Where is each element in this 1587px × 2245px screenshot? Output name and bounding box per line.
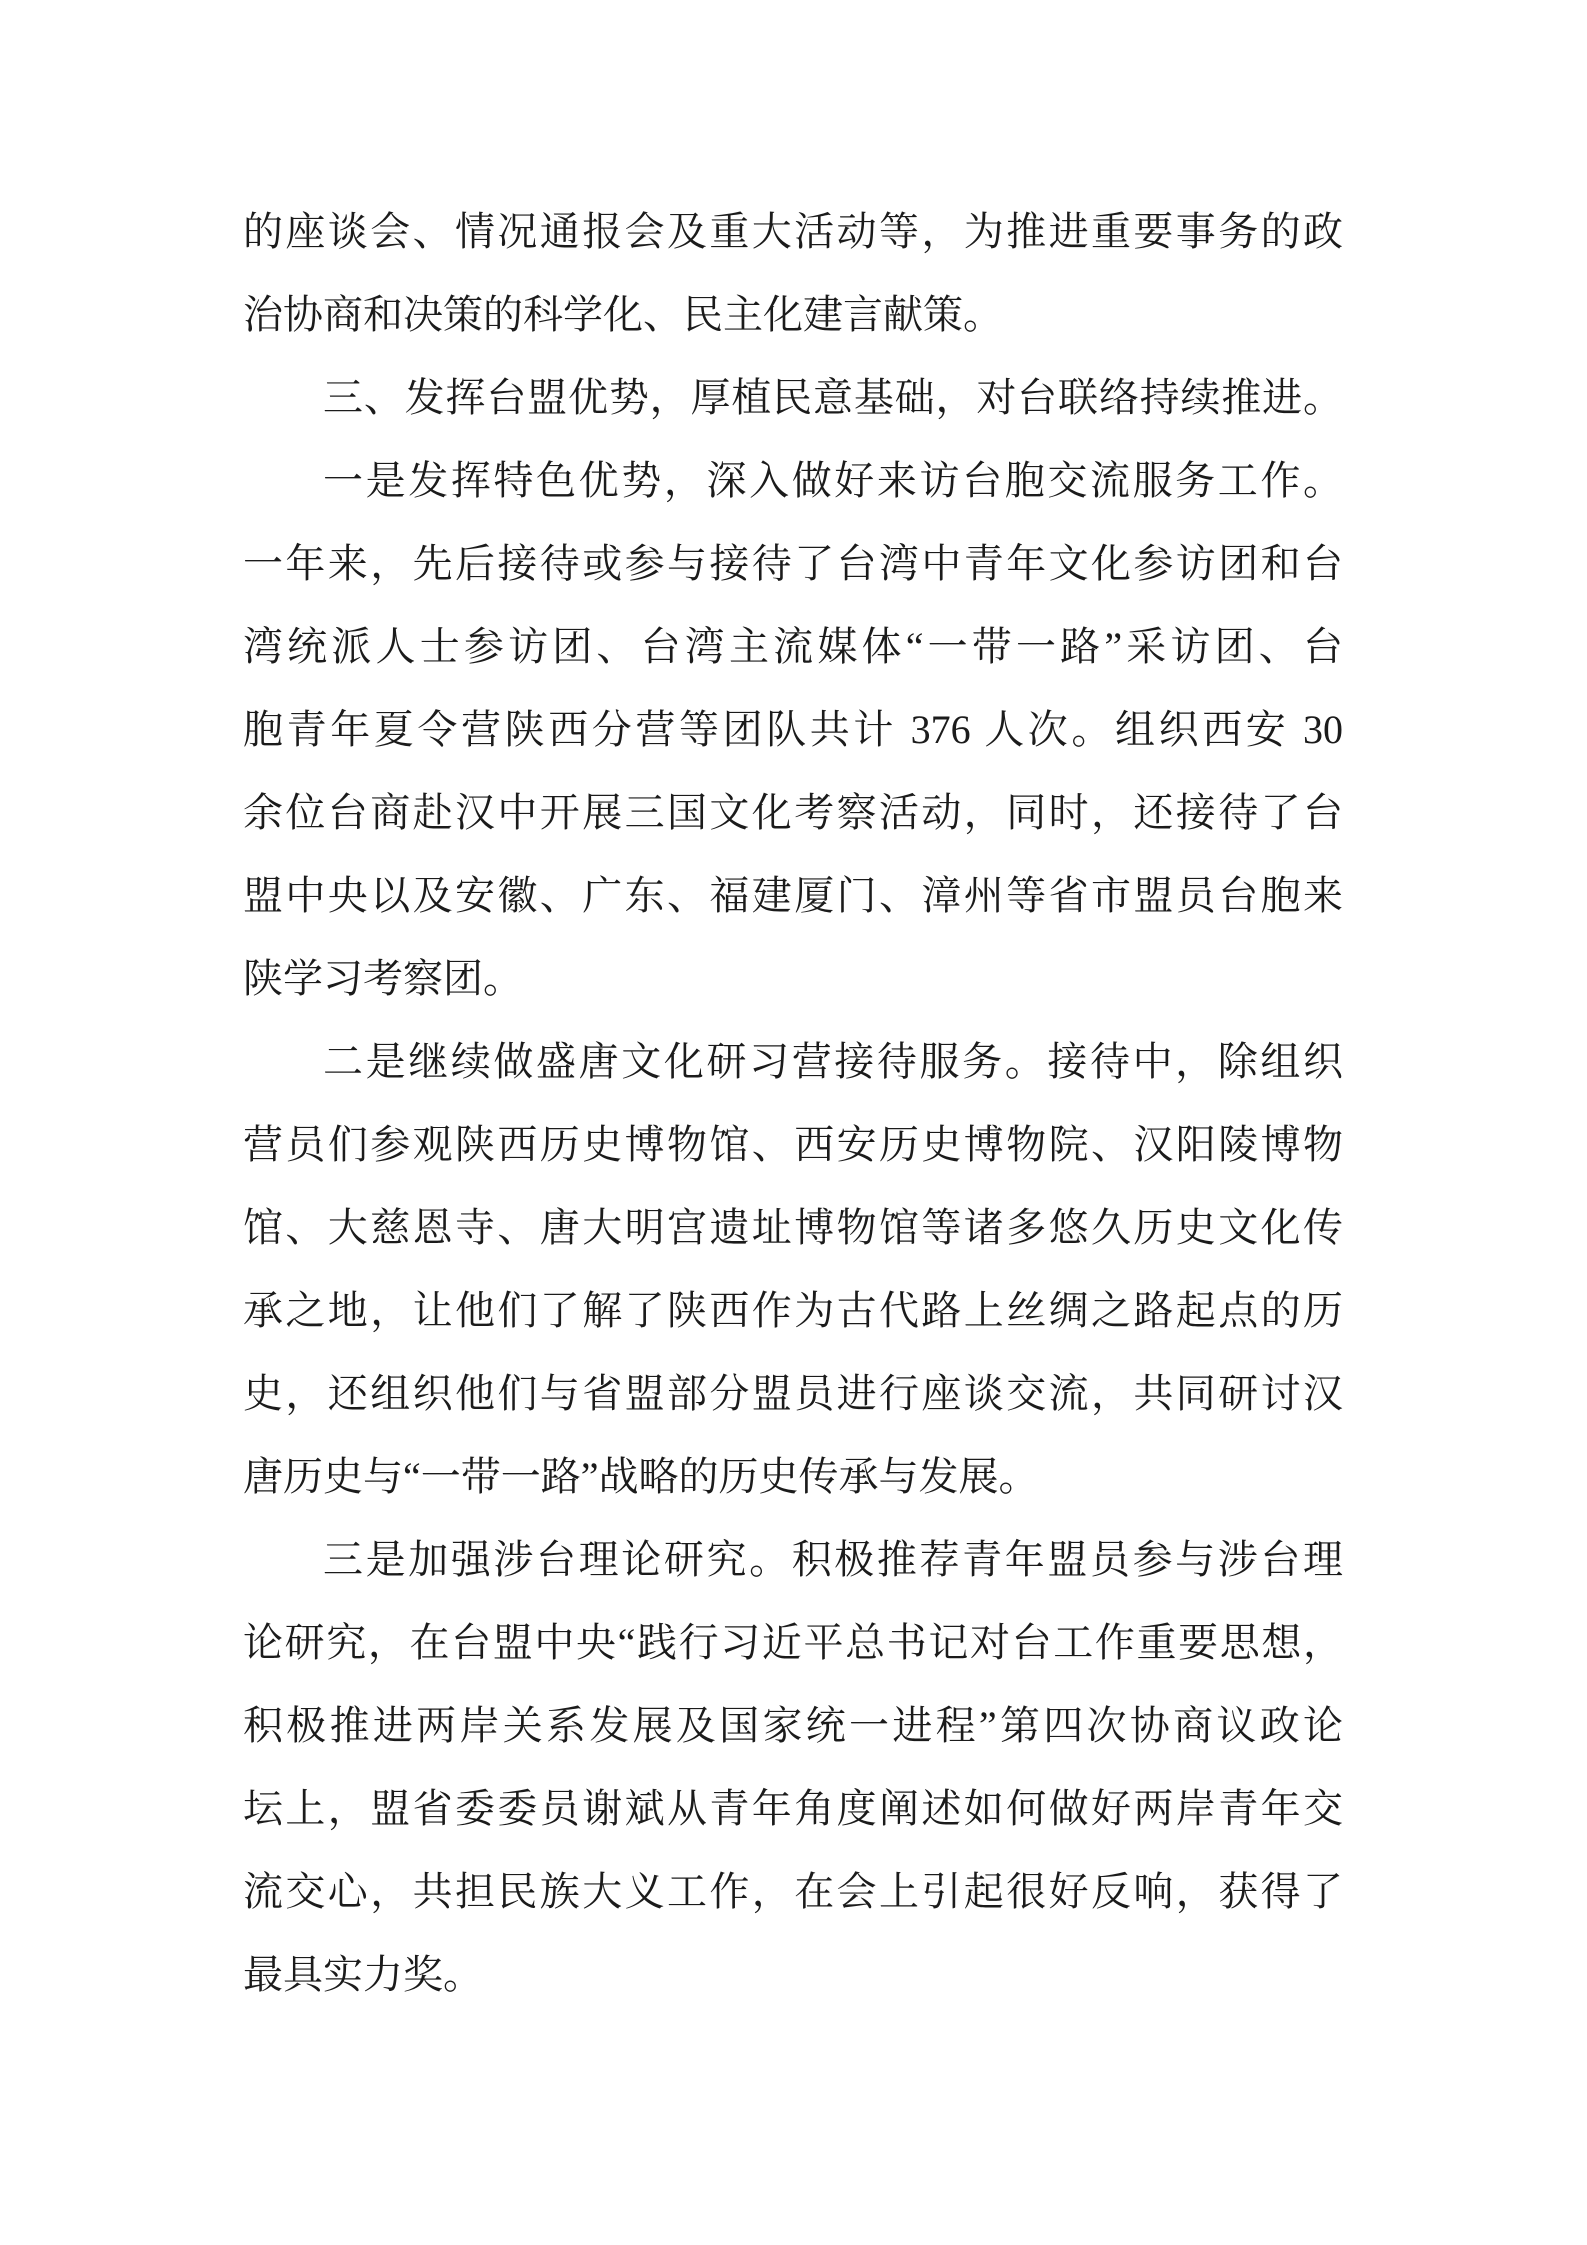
body-text-line: 承之地，让他们了解了陕西作为古代路上丝绸之路起点的历 xyxy=(243,1269,1343,1352)
document-text-block: 的座谈会、情况通报会及重大活动等，为推进重要事务的政 治协商和决策的科学化、民主… xyxy=(243,190,1343,2016)
body-text-line: 最具实力奖。 xyxy=(243,1933,1343,2016)
body-text-line: 积极推进两岸关系发展及国家统一进程”第四次协商议政论 xyxy=(243,1684,1343,1767)
body-text-line: 陕学习考察团。 xyxy=(243,937,1343,1020)
body-text-line: 湾统派人士参访团、台湾主流媒体“一带一路”采访团、台 xyxy=(243,605,1343,688)
body-text-line: 余位台商赴汉中开展三国文化考察活动，同时，还接待了台 xyxy=(243,771,1343,854)
body-text-line: 三是加强涉台理论研究。积极推荐青年盟员参与涉台理 xyxy=(243,1518,1343,1601)
body-text-line: 胞青年夏令营陕西分营等团队共计 376 人次。组织西安 30 xyxy=(243,688,1343,771)
body-text-line: 史，还组织他们与省盟部分盟员进行座谈交流，共同研讨汉 xyxy=(243,1352,1343,1435)
body-text-line: 坛上，盟省委委员谢斌从青年角度阐述如何做好两岸青年交 xyxy=(243,1767,1343,1850)
body-text-line: 二是继续做盛唐文化研习营接待服务。接待中，除组织 xyxy=(243,1020,1343,1103)
body-text-line: 馆、大慈恩寺、唐大明宫遗址博物馆等诸多悠久历史文化传 xyxy=(243,1186,1343,1269)
body-text-line: 的座谈会、情况通报会及重大活动等，为推进重要事务的政 xyxy=(243,190,1343,273)
body-text-line: 治协商和决策的科学化、民主化建言献策。 xyxy=(243,273,1343,356)
section-heading-line: 三、发挥台盟优势，厚植民意基础，对台联络持续推进。 xyxy=(243,356,1343,439)
body-text-line: 唐历史与“一带一路”战略的历史传承与发展。 xyxy=(243,1435,1343,1518)
document-page: 的座谈会、情况通报会及重大活动等，为推进重要事务的政 治协商和决策的科学化、民主… xyxy=(0,0,1587,2245)
body-text-line: 营员们参观陕西历史博物馆、西安历史博物院、汉阳陵博物 xyxy=(243,1103,1343,1186)
body-text-line: 一年来，先后接待或参与接待了台湾中青年文化参访团和台 xyxy=(243,522,1343,605)
body-text-line: 盟中央以及安徽、广东、福建厦门、漳州等省市盟员台胞来 xyxy=(243,854,1343,937)
body-text-line: 一是发挥特色优势，深入做好来访台胞交流服务工作。 xyxy=(243,439,1343,522)
body-text-line: 流交心，共担民族大义工作，在会上引起很好反响，获得了 xyxy=(243,1850,1343,1933)
body-text-line: 论研究，在台盟中央“践行习近平总书记对台工作重要思想， xyxy=(243,1601,1343,1684)
